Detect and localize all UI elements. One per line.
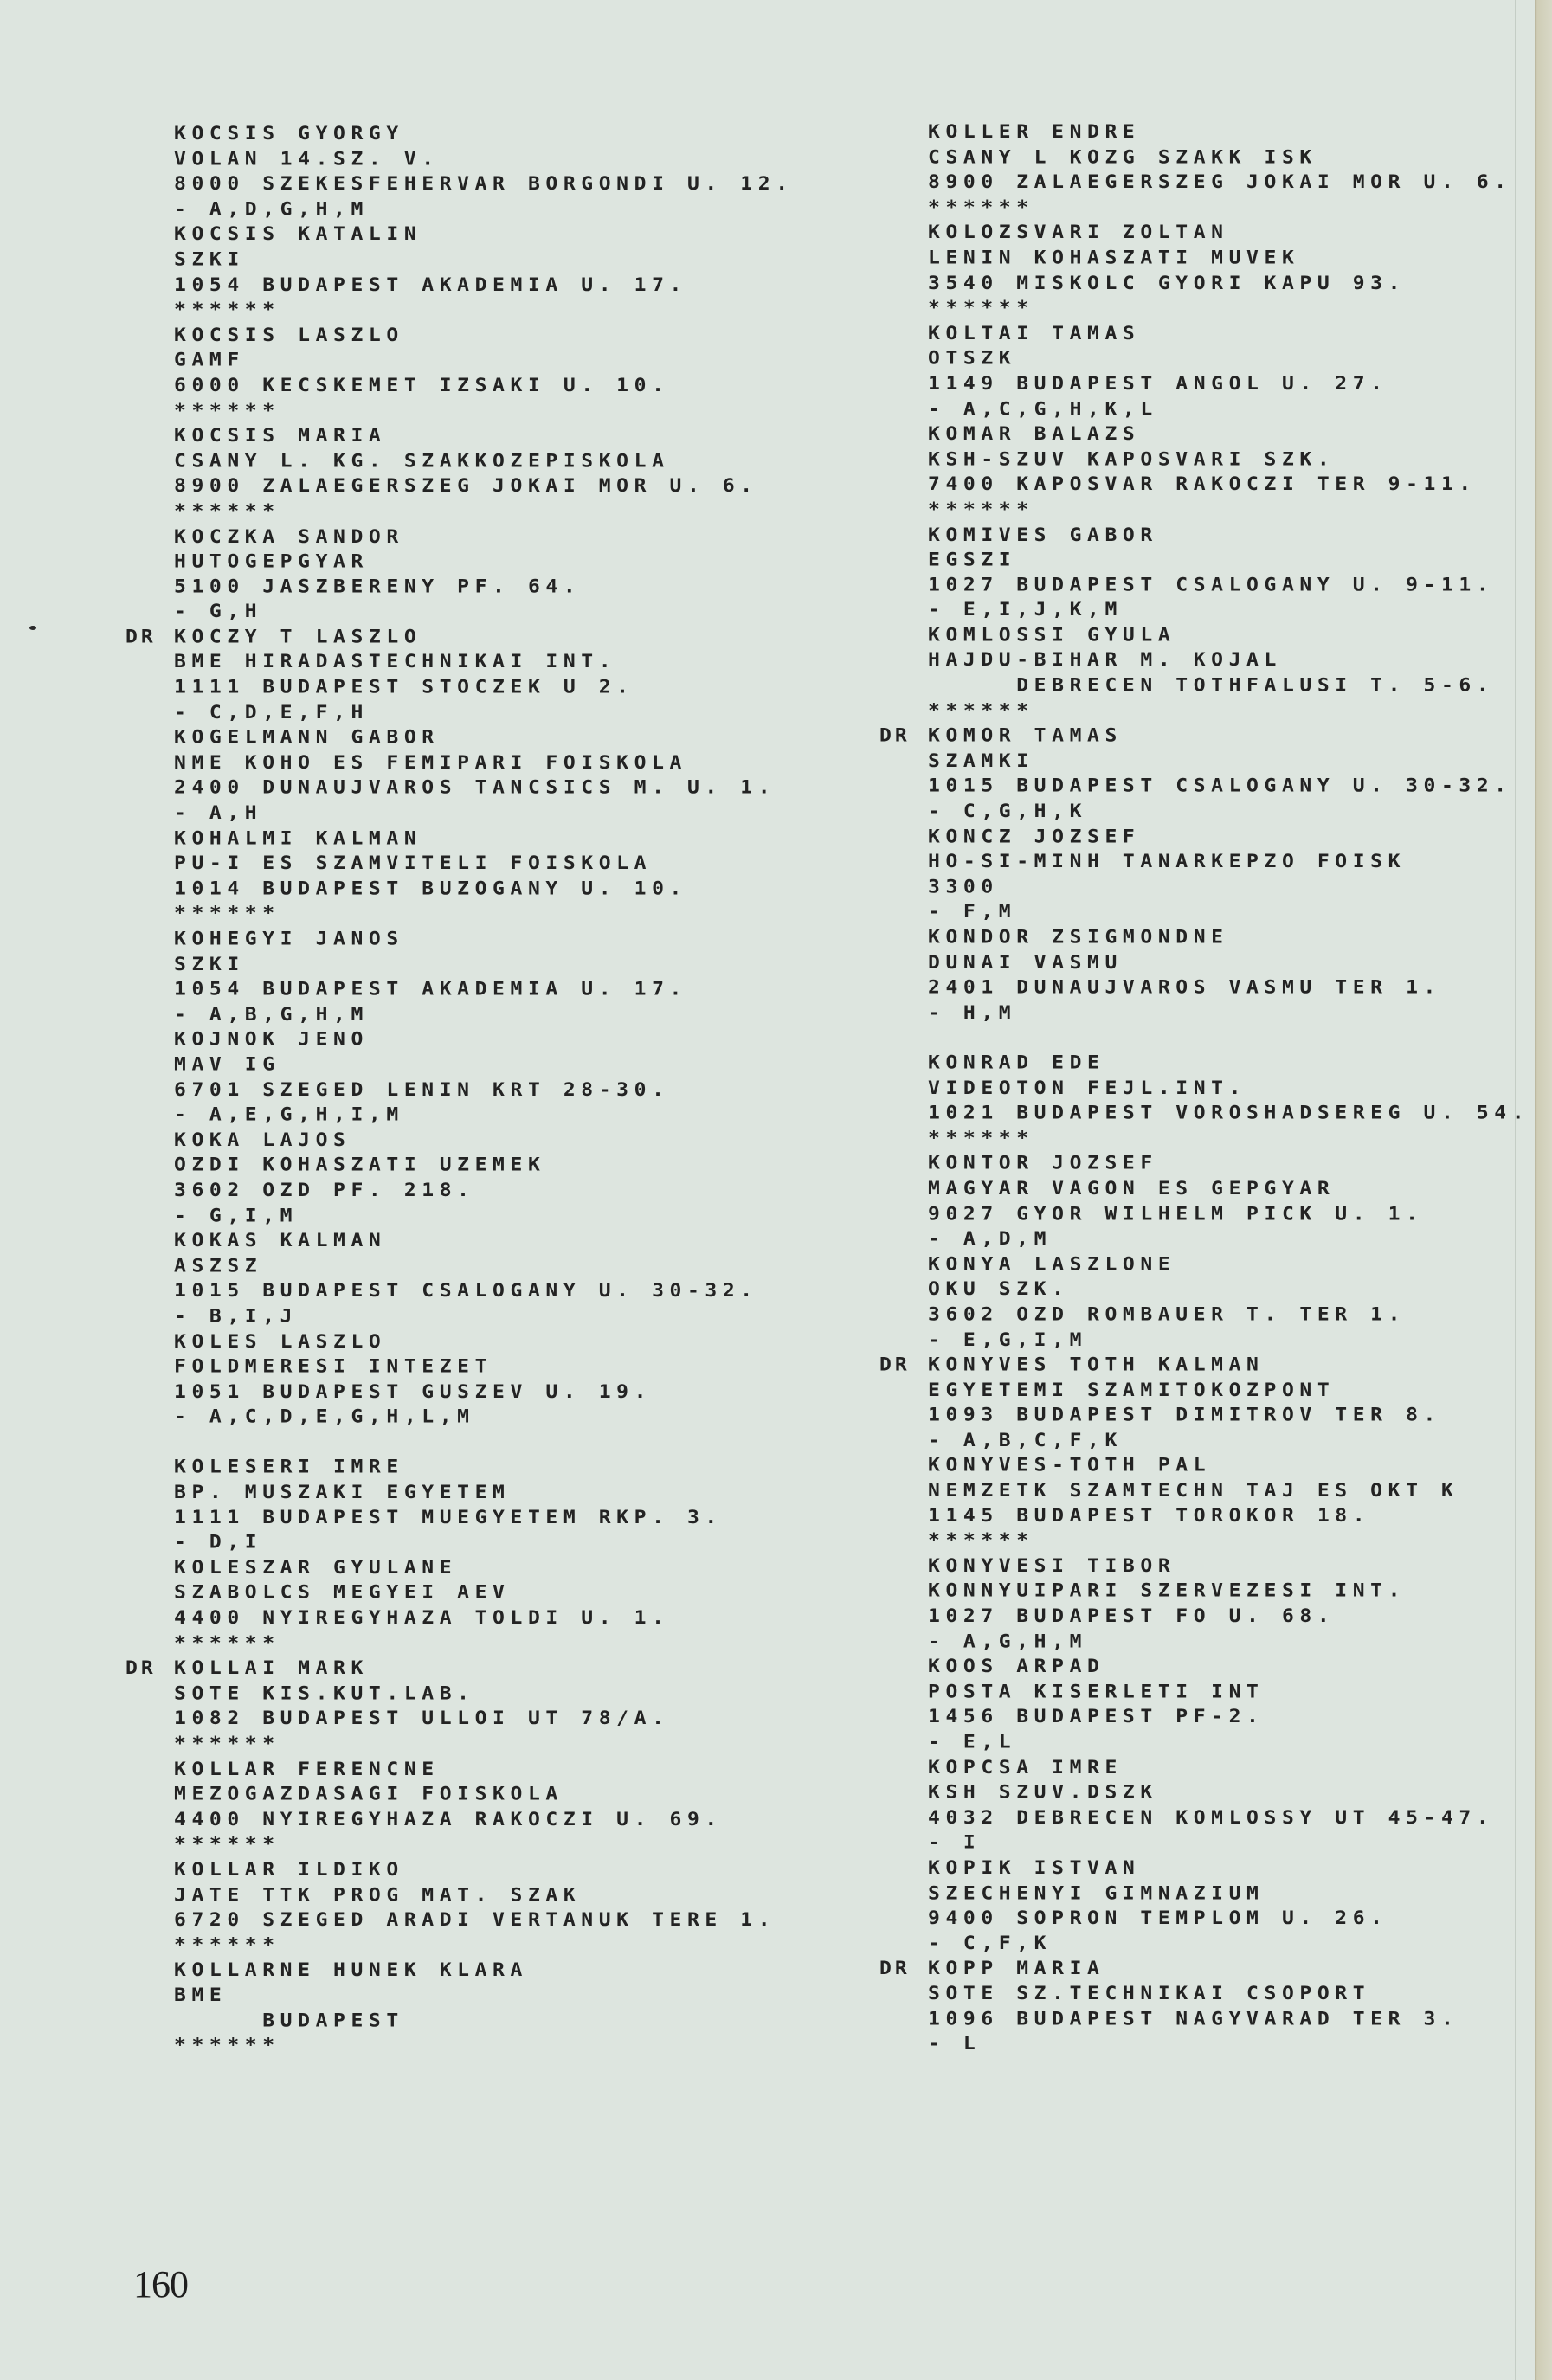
- line-text: 1027 BUDAPEST FO U. 68.: [928, 1606, 1335, 1627]
- book-page: KOCSIS GYORGYVOLAN 14.SZ. V.8000 SZEKESF…: [0, 0, 1535, 2380]
- line-text: 1015 BUDAPEST CSALOGANY U. 30-32.: [928, 776, 1512, 797]
- line-text: - C,G,H,K: [928, 801, 1087, 822]
- directory-line: ASZSZ: [126, 1254, 794, 1279]
- directory-line: BUDAPEST: [126, 2009, 794, 2034]
- line-text: KOPIK ISTVAN: [928, 1857, 1140, 1878]
- line-text: - E,I,J,K,M: [928, 600, 1123, 621]
- directory-line: KONYVES-TOTH PAL: [879, 1454, 1529, 1479]
- line-text: SOTE SZ.TECHNIKAI CSOPORT: [928, 1984, 1370, 2004]
- line-text: KOKA LAJOS: [174, 1129, 351, 1150]
- directory-line: HUTOGEPGYAR: [126, 550, 794, 575]
- line-text: KONTOR JOZSEF: [928, 1154, 1158, 1174]
- directory-line: BP. MUSZAKI EGYETEM: [126, 1481, 794, 1506]
- line-text: BME: [174, 1985, 227, 2006]
- directory-line: KONDOR ZSIGMONDNE: [879, 925, 1529, 950]
- directory-line: KOCSIS LASZLO: [126, 324, 794, 349]
- line-text: 9027 GYOR WILHELM PICK U. 1.: [928, 1204, 1424, 1225]
- directory-line: 1456 BUDAPEST PF-2.: [879, 1705, 1529, 1730]
- directory-line: 1145 BUDAPEST TOROKOR 18.: [879, 1504, 1529, 1529]
- line-text: ASZSZ: [174, 1256, 262, 1277]
- directory-line: 3300: [879, 875, 1529, 900]
- line-text: KOLESZAR GYULANE: [174, 1558, 457, 1579]
- directory-line: 8900 ZALAEGERSZEG JOKAI MOR U. 6.: [879, 170, 1529, 196]
- line-text: BP. MUSZAKI EGYETEM: [174, 1482, 511, 1502]
- line-text: - G,H: [174, 601, 262, 622]
- line-text: - A,D,G,H,M: [174, 199, 369, 220]
- directory-line: KONYVESI TIBOR: [879, 1554, 1529, 1579]
- directory-line: ******: [126, 399, 794, 424]
- title-prefix: DR: [879, 1353, 928, 1378]
- directory-line: KOMLOSSI GYULA: [879, 623, 1529, 648]
- directory-line: KOKAS KALMAN: [126, 1229, 794, 1254]
- line-text: 6701 SZEGED LENIN KRT 28-30.: [174, 1079, 670, 1100]
- directory-line: KONRAD EDE: [879, 1051, 1529, 1076]
- directory-line: ******: [126, 499, 794, 524]
- line-text: 3300: [928, 877, 999, 897]
- directory-entry-name-line: DRKOCZY T LASZLO: [126, 625, 794, 650]
- directory-line: 1093 BUDAPEST DIMITROV TER 8.: [879, 1403, 1529, 1428]
- directory-line: 6701 SZEGED LENIN KRT 28-30.: [126, 1078, 794, 1103]
- line-text: ******: [174, 1935, 280, 1956]
- line-text: KOCSIS GYORGY: [174, 124, 404, 145]
- line-text: KOLTAI TAMAS: [928, 323, 1140, 344]
- directory-line: KOCSIS MARIA: [126, 424, 794, 449]
- directory-line: OTSZK: [879, 347, 1529, 372]
- line-text: JATE TTK PROG MAT. SZAK: [174, 1884, 581, 1905]
- line-text: 1093 BUDAPEST DIMITROV TER 8.: [928, 1405, 1441, 1425]
- line-text: KOHEGYI JANOS: [174, 929, 404, 949]
- directory-line: SZKI: [126, 248, 794, 273]
- line-text: SZECHENYI GIMNAZIUM: [928, 1882, 1265, 1903]
- line-text: 3602 OZD ROMBAUER T. TER 1.: [928, 1304, 1406, 1325]
- directory-line: 2400 DUNAUJVAROS TANCSICS M. U. 1.: [126, 776, 794, 801]
- line-text: KOCSIS MARIA: [174, 426, 386, 447]
- line-text: ******: [928, 197, 1034, 218]
- line-text: - E,L: [928, 1732, 1016, 1753]
- line-text: KOCZKA SANDOR: [174, 526, 404, 547]
- line-text: ******: [174, 299, 280, 320]
- directory-line: 2401 DUNAUJVAROS VASMU TER 1.: [879, 975, 1529, 1000]
- line-text: - A,C,G,H,K,L: [928, 399, 1158, 420]
- line-text: KOCZY T LASZLO: [174, 627, 422, 647]
- line-text: - C,D,E,F,H: [174, 702, 369, 723]
- line-text: ******: [928, 499, 1034, 520]
- line-text: 1096 BUDAPEST NAGYVARAD TER 3.: [928, 2009, 1459, 2029]
- line-text: 1111 BUDAPEST MUEGYETEM RKP. 3.: [174, 1507, 723, 1528]
- line-text: SZKI: [174, 249, 245, 270]
- line-text: KONCZ JOZSEF: [928, 827, 1140, 847]
- line-text: ******: [174, 1633, 280, 1654]
- line-text: 1145 BUDAPEST TOROKOR 18.: [928, 1505, 1370, 1526]
- directory-line: KSH SZUV.DSZK: [879, 1780, 1529, 1805]
- line-text: 6720 SZEGED ARADI VERTANUK TERE 1.: [174, 1910, 776, 1931]
- directory-line: - G,H: [126, 600, 794, 625]
- line-text: KONYA LASZLONE: [928, 1254, 1175, 1275]
- directory-line: - H,M: [879, 1000, 1529, 1026]
- title-prefix: DR: [126, 625, 174, 650]
- line-text: - I: [928, 1832, 981, 1853]
- line-text: OZDI KOHASZATI UZEMEK: [174, 1155, 545, 1176]
- line-text: 3602 OZD PF. 218.: [174, 1180, 475, 1201]
- line-text: KOLLAI MARK: [174, 1658, 369, 1679]
- directory-line: KOLTAI TAMAS: [879, 322, 1529, 347]
- line-text: - L: [928, 2034, 981, 2055]
- directory-line: BME HIRADASTECHNIKAI INT.: [126, 650, 794, 675]
- directory-line: VOLAN 14.SZ. V.: [126, 147, 794, 172]
- directory-line: 1015 BUDAPEST CSALOGANY U. 30-32.: [879, 775, 1529, 800]
- directory-line: 5100 JASZBERENY PF. 64.: [126, 575, 794, 600]
- directory-line: DEBRECEN TOTHFALUSI T. 5-6.: [879, 673, 1529, 698]
- line-text: - A,B,C,F,K: [928, 1430, 1123, 1451]
- directory-line: KOCZKA SANDOR: [126, 524, 794, 550]
- line-text: HUTOGEPGYAR: [174, 551, 369, 572]
- line-text: VOLAN 14.SZ. V.: [174, 149, 440, 170]
- title-prefix: DR: [879, 1957, 928, 1982]
- directory-line: - A,H: [126, 801, 794, 827]
- line-text: 7400 KAPOSVAR RAKOCZI TER 9-11.: [928, 474, 1477, 495]
- line-text: 3540 MISKOLC GYORI KAPU 93.: [928, 273, 1406, 293]
- line-text: - G,I,M: [174, 1206, 298, 1226]
- directory-line: ******: [879, 1529, 1529, 1554]
- line-text: - D,I: [174, 1533, 262, 1553]
- line-text: KOHALMI KALMAN: [174, 828, 422, 849]
- line-text: 8900 ZALAEGERSZEG JOKAI MOR U. 6.: [174, 476, 758, 497]
- directory-line: 3602 OZD PF. 218.: [126, 1179, 794, 1204]
- directory-line: 3540 MISKOLC GYORI KAPU 93.: [879, 271, 1529, 296]
- line-text: KOLLAR ILDIKO: [174, 1859, 404, 1880]
- line-text: 8900 ZALAEGERSZEG JOKAI MOR U. 6.: [928, 172, 1512, 193]
- directory-line: 9400 SOPRON TEMPLOM U. 26.: [879, 1907, 1529, 1932]
- line-text: KSH-SZUV KAPOSVARI SZK.: [928, 449, 1335, 470]
- line-text: HAJDU-BIHAR M. KOJAL: [928, 650, 1282, 671]
- directory-line: - A,D,M: [879, 1227, 1529, 1252]
- directory-line: - A,B,C,F,K: [879, 1428, 1529, 1453]
- line-text: ******: [174, 1734, 280, 1754]
- directory-line: - B,I,J: [126, 1304, 794, 1329]
- directory-line: HO-SI-MINH TANARKEPZO FOISK: [879, 850, 1529, 875]
- directory-line: 6720 SZEGED ARADI VERTANUK TERE 1.: [126, 1908, 794, 1933]
- line-text: BME HIRADASTECHNIKAI INT.: [174, 652, 616, 672]
- title-prefix: DR: [126, 1656, 174, 1682]
- page-number: 160: [133, 2262, 188, 2306]
- directory-line: ******: [126, 298, 794, 323]
- line-text: KOPCSA IMRE: [928, 1757, 1123, 1778]
- directory-line: KOGELMANN GABOR: [126, 726, 794, 751]
- directory-line: - A,G,H,M: [879, 1630, 1529, 1655]
- line-text: KOPP MARIA: [928, 1959, 1104, 1979]
- directory-line: ******: [879, 498, 1529, 523]
- line-text: ******: [174, 904, 280, 924]
- line-text: CSANY L KOZG SZAKK ISK: [928, 147, 1317, 168]
- directory-line: 4032 DEBRECEN KOMLOSSY UT 45-47.: [879, 1805, 1529, 1830]
- line-text: 8000 SZEKESFEHERVAR BORGONDI U. 12.: [174, 174, 794, 195]
- directory-line: - A,B,G,H,M: [126, 1002, 794, 1027]
- line-text: KOMIVES GABOR: [928, 524, 1158, 545]
- directory-line: ******: [879, 699, 1529, 724]
- line-text: KOOS ARPAD: [928, 1656, 1104, 1677]
- directory-line: KONYA LASZLONE: [879, 1252, 1529, 1277]
- line-text: - A,C,D,E,G,H,L,M: [174, 1406, 475, 1427]
- line-text: SOTE KIS.KUT.LAB.: [174, 1683, 475, 1704]
- line-text: KONRAD EDE: [928, 1052, 1104, 1073]
- directory-line: KONNYUIPARI SZERVEZESI INT.: [879, 1579, 1529, 1605]
- line-text: KOLOZSVARI ZOLTAN: [928, 222, 1229, 243]
- line-text: KOLLER ENDRE: [928, 122, 1140, 143]
- line-text: OTSZK: [928, 348, 1016, 369]
- directory-line: KOKA LAJOS: [126, 1129, 794, 1154]
- directory-line: DUNAI VASMU: [879, 950, 1529, 975]
- directory-line: SZABOLCS MEGYEI AEV: [126, 1581, 794, 1606]
- line-text: 4032 DEBRECEN KOMLOSSY UT 45-47.: [928, 1807, 1494, 1828]
- directory-line: - C,G,H,K: [879, 800, 1529, 825]
- line-text: ******: [928, 1531, 1034, 1552]
- directory-line: KOCSIS KATALIN: [126, 222, 794, 248]
- line-text: LENIN KOHASZATI MUVEK: [928, 248, 1299, 268]
- directory-line: KOLLAR ILDIKO: [126, 1858, 794, 1883]
- directory-line: KOLESZAR GYULANE: [126, 1556, 794, 1581]
- directory-line: - A,C,G,H,K,L: [879, 397, 1529, 422]
- line-text: 1051 BUDAPEST GUSZEV U. 19.: [174, 1381, 652, 1402]
- line-text: ******: [174, 401, 280, 421]
- directory-entry-name-line: DRKONYVES TOTH KALMAN: [879, 1353, 1529, 1378]
- directory-line: SZKI: [126, 952, 794, 977]
- directory-line: 1027 BUDAPEST CSALOGANY U. 9-11.: [879, 573, 1529, 598]
- directory-line: [126, 1430, 794, 1455]
- directory-line: - A,E,G,H,I,M: [126, 1103, 794, 1129]
- line-text: CSANY L. KG. SZAKKOZEPISKOLA: [174, 451, 670, 472]
- directory-line: 1054 BUDAPEST AKADEMIA U. 17.: [126, 273, 794, 298]
- line-text: 6000 KECSKEMET IZSAKI U. 10.: [174, 376, 670, 396]
- line-text: 5100 JASZBERENY PF. 64.: [174, 576, 581, 597]
- directory-column-left: KOCSIS GYORGYVOLAN 14.SZ. V.8000 SZEKESF…: [126, 122, 794, 2059]
- directory-line: KOMAR BALAZS: [879, 422, 1529, 447]
- directory-line: KOMIVES GABOR: [879, 523, 1529, 548]
- directory-line: EGSZI: [879, 548, 1529, 573]
- directory-entry-name-line: DRKOMOR TAMAS: [879, 724, 1529, 749]
- directory-line: 1111 BUDAPEST MUEGYETEM RKP. 3.: [126, 1506, 794, 1531]
- line-text: - E,G,I,M: [928, 1329, 1087, 1350]
- ink-speck: [29, 626, 36, 630]
- directory-line: EGYETEMI SZAMITOKOZPONT: [879, 1378, 1529, 1403]
- line-text: 2401 DUNAUJVAROS VASMU TER 1.: [928, 977, 1441, 998]
- line-text: SZAMKI: [928, 750, 1034, 771]
- directory-entry-name-line: DRKOLLAI MARK: [126, 1656, 794, 1682]
- line-text: 1054 BUDAPEST AKADEMIA U. 17.: [174, 274, 687, 295]
- directory-line: KOLLER ENDRE: [879, 120, 1529, 145]
- line-text: 1014 BUDAPEST BUZOGANY U. 10.: [174, 878, 687, 899]
- directory-line: [879, 1026, 1529, 1051]
- line-text: 1456 BUDAPEST PF-2.: [928, 1707, 1265, 1727]
- directory-line: 3602 OZD ROMBAUER T. TER 1.: [879, 1303, 1529, 1328]
- line-text: KOLLAR FERENCNE: [174, 1759, 440, 1779]
- directory-line: BME: [126, 1984, 794, 2009]
- directory-line: MAGYAR VAGON ES GEPGYAR: [879, 1177, 1529, 1202]
- directory-line: 1054 BUDAPEST AKADEMIA U. 17.: [126, 977, 794, 1002]
- line-text: KOGELMANN GABOR: [174, 727, 440, 748]
- directory-line: KOLLAR FERENCNE: [126, 1757, 794, 1782]
- directory-line: KOLES LASZLO: [126, 1329, 794, 1354]
- line-text: 1082 BUDAPEST ULLOI UT 78/A.: [174, 1708, 670, 1729]
- line-text: BUDAPEST: [174, 2010, 404, 2031]
- directory-line: MEZOGAZDASAGI FOISKOLA: [126, 1782, 794, 1807]
- directory-line: 1027 BUDAPEST FO U. 68.: [879, 1605, 1529, 1630]
- directory-line: - E,G,I,M: [879, 1328, 1529, 1353]
- line-text: - B,I,J: [174, 1306, 298, 1327]
- line-text: KONYVES-TOTH PAL: [928, 1455, 1211, 1476]
- line-text: KONYVESI TIBOR: [928, 1556, 1175, 1577]
- directory-line: KOLLARNE HUNEK KLARA: [126, 1959, 794, 1984]
- line-text: ******: [174, 2036, 280, 2056]
- line-text: MEZOGAZDASAGI FOISKOLA: [174, 1784, 563, 1804]
- directory-line: MAV IG: [126, 1052, 794, 1077]
- directory-line: - F,M: [879, 900, 1529, 925]
- line-text: KOLLARNE HUNEK KLARA: [174, 1960, 528, 1981]
- line-text: KONNYUIPARI SZERVEZESI INT.: [928, 1581, 1406, 1602]
- line-text: 1015 BUDAPEST CSALOGANY U. 30-32.: [174, 1281, 758, 1302]
- line-text: EGYETEMI SZAMITOKOZPONT: [928, 1380, 1335, 1400]
- directory-line: - C,F,K: [879, 1932, 1529, 1957]
- line-text: KOKAS KALMAN: [174, 1231, 386, 1251]
- line-text: KOMLOSSI GYULA: [928, 625, 1175, 646]
- directory-line: VIDEOTON FEJL.INT.: [879, 1077, 1529, 1102]
- line-text: - F,M: [928, 902, 1016, 923]
- directory-line: - I: [879, 1831, 1529, 1856]
- line-text: 2400 DUNAUJVAROS TANCSICS M. U. 1.: [174, 778, 776, 799]
- directory-line: KONCZ JOZSEF: [879, 825, 1529, 850]
- directory-line: CSANY L. KG. SZAKKOZEPISKOLA: [126, 449, 794, 474]
- line-text: ******: [928, 1128, 1034, 1148]
- directory-line: 1082 BUDAPEST ULLOI UT 78/A.: [126, 1707, 794, 1732]
- directory-column-right: KOLLER ENDRECSANY L KOZG SZAKK ISK8900 Z…: [879, 120, 1529, 2057]
- directory-line: SOTE KIS.KUT.LAB.: [126, 1682, 794, 1707]
- line-text: KOCSIS LASZLO: [174, 325, 404, 345]
- directory-entry-name-line: DRKOPP MARIA: [879, 1957, 1529, 1982]
- directory-line: KOPIK ISTVAN: [879, 1856, 1529, 1881]
- directory-line: KOOS ARPAD: [879, 1655, 1529, 1680]
- directory-line: JATE TTK PROG MAT. SZAK: [126, 1883, 794, 1908]
- line-text: PU-I ES SZAMVITELI FOISKOLA: [174, 853, 652, 874]
- line-text: MAGYAR VAGON ES GEPGYAR: [928, 1179, 1335, 1200]
- line-text: KOMAR BALAZS: [928, 424, 1140, 445]
- directory-line: 7400 KAPOSVAR RAKOCZI TER 9-11.: [879, 473, 1529, 498]
- line-text: SZKI: [174, 954, 245, 975]
- directory-line: ******: [879, 196, 1529, 221]
- line-text: ******: [174, 1834, 280, 1855]
- directory-line: ******: [126, 1631, 794, 1656]
- line-text: ******: [928, 298, 1034, 318]
- directory-line: ******: [879, 296, 1529, 321]
- directory-line: 9027 GYOR WILHELM PICK U. 1.: [879, 1202, 1529, 1227]
- line-text: EGSZI: [928, 550, 1016, 570]
- line-text: POSTA KISERLETI INT: [928, 1682, 1265, 1702]
- directory-line: - D,I: [126, 1531, 794, 1556]
- directory-line: NEMZETK SZAMTECHN TAJ ES OKT K: [879, 1479, 1529, 1504]
- line-text: - H,M: [928, 1002, 1016, 1023]
- line-text: KSH SZUV.DSZK: [928, 1782, 1158, 1803]
- directory-line: - E,L: [879, 1730, 1529, 1755]
- directory-line: 1021 BUDAPEST VOROSHADSEREG U. 54.: [879, 1102, 1529, 1127]
- directory-line: ******: [126, 902, 794, 927]
- line-text: KONDOR ZSIGMONDNE: [928, 927, 1229, 948]
- directory-line: ******: [126, 2034, 794, 2059]
- directory-line: 4400 NYIREGYHAZA TOLDI U. 1.: [126, 1606, 794, 1631]
- line-text: - A,D,M: [928, 1229, 1052, 1250]
- directory-line: 1096 BUDAPEST NAGYVARAD TER 3.: [879, 2007, 1529, 2032]
- directory-line: - A,C,D,E,G,H,L,M: [126, 1405, 794, 1430]
- directory-line: KSH-SZUV KAPOSVARI SZK.: [879, 447, 1529, 473]
- directory-line: SZECHENYI GIMNAZIUM: [879, 1881, 1529, 1907]
- line-text: ******: [928, 700, 1034, 721]
- line-text: ******: [174, 501, 280, 522]
- line-text: NME KOHO ES FEMIPARI FOISKOLA: [174, 752, 687, 773]
- directory-line: 1051 BUDAPEST GUSZEV U. 19.: [126, 1380, 794, 1405]
- directory-line: PU-I ES SZAMVITELI FOISKOLA: [126, 852, 794, 877]
- line-text: HO-SI-MINH TANARKEPZO FOISK: [928, 852, 1406, 872]
- directory-line: - E,I,J,K,M: [879, 598, 1529, 623]
- page-edge: [1535, 0, 1552, 2380]
- directory-line: 1015 BUDAPEST CSALOGANY U. 30-32.: [126, 1279, 794, 1304]
- directory-line: ******: [879, 1127, 1529, 1152]
- directory-line: OKU SZK.: [879, 1277, 1529, 1303]
- directory-line: ******: [126, 1933, 794, 1959]
- directory-line: NME KOHO ES FEMIPARI FOISKOLA: [126, 751, 794, 776]
- line-text: KONYVES TOTH KALMAN: [928, 1354, 1265, 1375]
- directory-line: ******: [126, 1833, 794, 1858]
- directory-line: 8900 ZALAEGERSZEG JOKAI MOR U. 6.: [126, 474, 794, 499]
- directory-line: CSANY L KOZG SZAKK ISK: [879, 145, 1529, 170]
- directory-line: FOLDMERESI INTEZET: [126, 1354, 794, 1380]
- directory-line: - A,D,G,H,M: [126, 197, 794, 222]
- directory-line: - L: [879, 2032, 1529, 2057]
- directory-line: KOPCSA IMRE: [879, 1755, 1529, 1780]
- line-text: 1021 BUDAPEST VOROSHADSEREG U. 54.: [928, 1103, 1529, 1123]
- line-text: SZABOLCS MEGYEI AEV: [174, 1583, 511, 1604]
- line-text: - A,B,G,H,M: [174, 1004, 369, 1025]
- line-text: VIDEOTON FEJL.INT.: [928, 1077, 1246, 1098]
- directory-line: KOHEGYI JANOS: [126, 927, 794, 952]
- line-text: NEMZETK SZAMTECHN TAJ ES OKT K: [928, 1480, 1459, 1501]
- line-text: - A,E,G,H,I,M: [174, 1104, 404, 1125]
- directory-line: KONTOR JOZSEF: [879, 1152, 1529, 1177]
- line-text: OKU SZK.: [928, 1279, 1070, 1300]
- directory-line: HAJDU-BIHAR M. KOJAL: [879, 648, 1529, 673]
- line-text: GAMF: [174, 350, 245, 370]
- directory-line: SOTE SZ.TECHNIKAI CSOPORT: [879, 1982, 1529, 2007]
- line-text: 1054 BUDAPEST AKADEMIA U. 17.: [174, 979, 687, 1000]
- directory-line: GAMF: [126, 349, 794, 374]
- directory-line: 1149 BUDAPEST ANGOL U. 27.: [879, 372, 1529, 397]
- directory-line: 6000 KECSKEMET IZSAKI U. 10.: [126, 374, 794, 399]
- line-text: - C,F,K: [928, 1933, 1052, 1954]
- line-text: KOLES LASZLO: [174, 1331, 386, 1352]
- line-text: - A,H: [174, 803, 262, 824]
- line-text: 4400 NYIREGYHAZA RAKOCZI U. 69.: [174, 1809, 723, 1830]
- directory-line: 4400 NYIREGYHAZA RAKOCZI U. 69.: [126, 1807, 794, 1832]
- directory-line: - C,D,E,F,H: [126, 701, 794, 726]
- directory-line: 8000 SZEKESFEHERVAR BORGONDI U. 12.: [126, 172, 794, 197]
- line-text: 1149 BUDAPEST ANGOL U. 27.: [928, 374, 1388, 395]
- directory-line: LENIN KOHASZATI MUVEK: [879, 246, 1529, 271]
- directory-line: KOHALMI KALMAN: [126, 827, 794, 852]
- line-text: DEBRECEN TOTHFALUSI T. 5-6.: [928, 675, 1494, 696]
- line-text: KOJNOK JENO: [174, 1029, 369, 1050]
- line-text: 9400 SOPRON TEMPLOM U. 26.: [928, 1908, 1388, 1929]
- title-prefix: DR: [879, 724, 928, 749]
- line-text: KOMOR TAMAS: [928, 725, 1123, 746]
- directory-line: 1014 BUDAPEST BUZOGANY U. 10.: [126, 877, 794, 902]
- line-text: KOLESERI IMRE: [174, 1457, 404, 1477]
- line-text: 4400 NYIREGYHAZA TOLDI U. 1.: [174, 1608, 670, 1629]
